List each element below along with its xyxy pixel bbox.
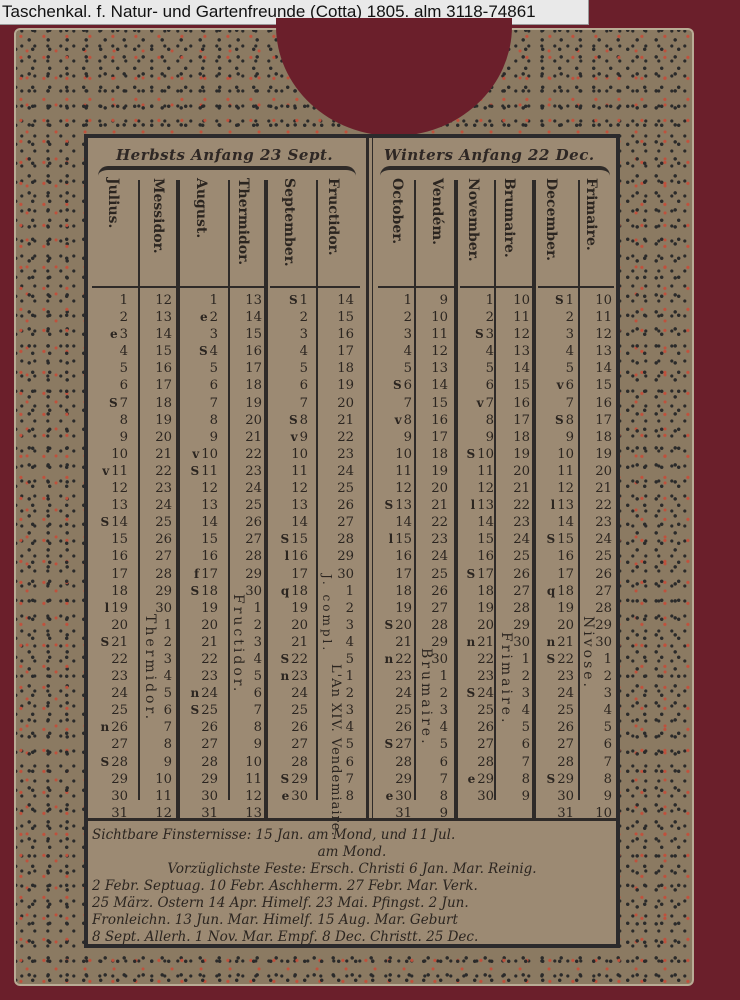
brace-winter — [380, 166, 610, 178]
day-cell: S21 — [94, 634, 128, 651]
day-mark: S — [281, 532, 290, 546]
day-cell: 14 — [184, 514, 218, 531]
half-divider — [366, 138, 369, 818]
brace-autumn — [98, 166, 356, 178]
day-cell: 8 — [94, 412, 128, 429]
day-cell: 12 — [228, 788, 262, 805]
day-cell: e2 — [184, 309, 218, 326]
day-cell: 15 — [228, 326, 262, 343]
label-thermidor: Thermidor. — [142, 614, 158, 722]
day-mark: S — [101, 635, 110, 649]
day-cell: 27 — [540, 736, 574, 753]
day-mark: q — [281, 584, 289, 598]
day-mark: e — [200, 310, 208, 324]
day-mark: n — [384, 652, 393, 666]
day-cell: 23 — [94, 668, 128, 685]
day-cell: 15 — [320, 309, 354, 326]
day-cell: 7 — [496, 754, 530, 771]
day-cell: 27 — [184, 736, 218, 753]
day-cell: 24 — [414, 548, 448, 565]
day-cell: 9 — [540, 429, 574, 446]
day-cell: 27 — [94, 736, 128, 753]
day-cell: l13 — [460, 497, 494, 514]
day-cell: S6 — [378, 377, 412, 394]
day-cell: 28 — [138, 566, 172, 583]
day-cell: 27 — [578, 583, 612, 600]
day-cell: 22 — [184, 651, 218, 668]
day-cell: v10 — [184, 446, 218, 463]
label-an-xiv-vendemiaire: L'An XIV. Vendemiaire. — [328, 664, 343, 837]
day-cell: v11 — [94, 463, 128, 480]
day-cell: 17 — [414, 429, 448, 446]
day-cell: S13 — [378, 497, 412, 514]
day-cell: l16 — [274, 548, 308, 565]
day-cell: 15 — [94, 531, 128, 548]
day-cell: 4 — [540, 343, 574, 360]
day-mark: e — [386, 789, 394, 803]
day-cell: 23 — [320, 446, 354, 463]
column-rule — [264, 180, 268, 820]
day-cell: 22 — [460, 651, 494, 668]
day-cell: 19 — [414, 463, 448, 480]
day-cell: 8 — [184, 412, 218, 429]
label-brumaire: Brumaire. — [418, 648, 434, 747]
column-rule — [316, 180, 318, 800]
day-cell: 11 — [414, 326, 448, 343]
label-nivose: Nivose. — [580, 616, 596, 690]
day-cell: S18 — [184, 583, 218, 600]
day-cell: 13 — [578, 343, 612, 360]
day-cell: 21 — [414, 497, 448, 514]
day-cell: 18 — [228, 377, 262, 394]
day-cell: l15 — [378, 531, 412, 548]
column-rule — [532, 180, 536, 820]
day-cell: 11 — [578, 309, 612, 326]
day-cell: 15 — [578, 377, 612, 394]
day-cell: 24 — [94, 685, 128, 702]
day-cell: 16 — [540, 548, 574, 565]
day-cell: 1 — [184, 292, 218, 309]
day-mark: S — [555, 293, 564, 307]
feasts-line: 8 Sept. Allerh. 1 Nov. Mar. Empf. 8 Dec.… — [92, 929, 612, 946]
day-cell: 22 — [228, 446, 262, 463]
day-cell: 19 — [496, 446, 530, 463]
day-cell: 30 — [94, 788, 128, 805]
day-cell: 24 — [274, 685, 308, 702]
day-cell: 24 — [378, 685, 412, 702]
day-cell: 25 — [228, 497, 262, 514]
day-cell: 14 — [378, 514, 412, 531]
day-mark: S — [385, 618, 394, 632]
day-cell: 12 — [138, 292, 172, 309]
day-cell: 18 — [138, 395, 172, 412]
day-cell: 11 — [138, 788, 172, 805]
day-cell: 3 — [378, 326, 412, 343]
day-cell: S20 — [378, 617, 412, 634]
day-cell: S8 — [274, 412, 308, 429]
day-cell: 20 — [228, 412, 262, 429]
day-mark: S — [289, 413, 298, 427]
day-cell: 2 — [378, 309, 412, 326]
header-october: October. — [382, 178, 412, 283]
day-mark: S — [467, 567, 476, 581]
day-cell: 12 — [378, 480, 412, 497]
day-cell: n26 — [94, 719, 128, 736]
day-cell: 30 — [460, 788, 494, 805]
day-cell: 4 — [378, 343, 412, 360]
day-mark: v — [102, 464, 109, 478]
day-cell: 19 — [460, 600, 494, 617]
day-cell: 24 — [540, 685, 574, 702]
day-cell: 12 — [94, 480, 128, 497]
day-cell: 14 — [138, 326, 172, 343]
day-mark: n — [280, 669, 289, 683]
day-cell: 10 — [138, 771, 172, 788]
day-cell: 26 — [320, 497, 354, 514]
day-cell: 16 — [138, 360, 172, 377]
day-mark: S — [191, 584, 200, 598]
day-cell: 7 — [228, 702, 262, 719]
day-cell: 21 — [274, 634, 308, 651]
day-cell: 7 — [414, 771, 448, 788]
day-mark: e — [468, 772, 476, 786]
day-cell: 22 — [94, 651, 128, 668]
day-cell: 5 — [94, 360, 128, 377]
day-cell: 28 — [228, 548, 262, 565]
september-days: S1234567S8v91011121314S15l1617q18192021S… — [274, 292, 308, 805]
day-cell: 19 — [184, 600, 218, 617]
day-cell: 25 — [414, 566, 448, 583]
day-cell: 25 — [94, 702, 128, 719]
day-cell: 22 — [414, 514, 448, 531]
feasts-heading: Vorzüglichste Feste: Ersch. Christi 6 Ja… — [92, 861, 612, 878]
day-cell: 7 — [378, 395, 412, 412]
day-mark: S — [191, 464, 200, 478]
day-cell: 15 — [138, 343, 172, 360]
day-cell: e29 — [460, 771, 494, 788]
day-cell: 14 — [496, 360, 530, 377]
header-december: December. — [536, 178, 566, 283]
header-rule — [180, 286, 264, 288]
day-cell: S25 — [184, 702, 218, 719]
day-mark: S — [547, 532, 556, 546]
day-mark: e — [282, 789, 290, 803]
day-cell: 20 — [94, 617, 128, 634]
day-cell: 16 — [378, 548, 412, 565]
header-rule — [270, 286, 360, 288]
day-cell: 18 — [578, 429, 612, 446]
day-cell: 13 — [184, 497, 218, 514]
day-cell: 6 — [414, 754, 448, 771]
day-mark: l — [471, 498, 476, 512]
day-cell: 12 — [540, 480, 574, 497]
day-cell: 10 — [496, 292, 530, 309]
day-cell: l13 — [540, 497, 574, 514]
day-cell: S11 — [184, 463, 218, 480]
day-cell: S28 — [94, 754, 128, 771]
day-cell: 17 — [496, 412, 530, 429]
day-mark: S — [467, 447, 476, 461]
header-vendemiaire: Vendém. — [422, 178, 452, 283]
day-mark: S — [393, 378, 402, 392]
day-cell: 25 — [496, 548, 530, 565]
day-cell: 2 — [460, 309, 494, 326]
day-cell: 20 — [578, 463, 612, 480]
day-cell: 23 — [460, 668, 494, 685]
day-cell: 25 — [460, 702, 494, 719]
day-cell: 26 — [184, 719, 218, 736]
day-cell: 26 — [138, 531, 172, 548]
day-cell: 12 — [274, 480, 308, 497]
day-cell: 9 — [378, 429, 412, 446]
day-cell: 9 — [228, 736, 262, 753]
day-cell: 19 — [540, 600, 574, 617]
day-cell: 1 — [378, 292, 412, 309]
day-cell: 30 — [184, 788, 218, 805]
day-mark: S — [199, 344, 208, 358]
day-cell: 13 — [274, 497, 308, 514]
header-fructidor: Fructidor. — [318, 178, 348, 283]
day-cell: 13 — [138, 309, 172, 326]
day-cell: 24 — [228, 480, 262, 497]
day-cell: S10 — [460, 446, 494, 463]
day-cell: 6 — [496, 736, 530, 753]
day-cell: 22 — [578, 497, 612, 514]
day-mark: S — [547, 772, 556, 786]
day-cell: 8 — [228, 719, 262, 736]
day-mark: l — [551, 498, 556, 512]
day-cell: 2 — [94, 309, 128, 326]
day-cell: 28 — [320, 531, 354, 548]
day-cell: 8 — [496, 771, 530, 788]
day-cell: 24 — [138, 497, 172, 514]
day-cell: 7 — [184, 395, 218, 412]
day-cell: 22 — [496, 497, 530, 514]
day-cell: 29 — [138, 583, 172, 600]
day-cell: 23 — [378, 668, 412, 685]
day-cell: 28 — [378, 754, 412, 771]
eclipses-line: Sichtbare Finsternisse: 15 Jan. am Mond,… — [92, 827, 612, 844]
day-cell: q18 — [540, 583, 574, 600]
day-cell: 17 — [274, 566, 308, 583]
day-cell: v6 — [540, 377, 574, 394]
day-cell: 26 — [496, 566, 530, 583]
eclipses-line-2: am Mond. — [92, 844, 612, 861]
day-mark: S — [281, 652, 290, 666]
day-cell: 9 — [414, 292, 448, 309]
day-cell: 16 — [460, 548, 494, 565]
label-fructidor: Fructidor. — [230, 594, 246, 694]
day-cell: 17 — [228, 360, 262, 377]
day-cell: 11 — [460, 463, 494, 480]
day-cell: 10 — [540, 446, 574, 463]
day-cell: 15 — [496, 377, 530, 394]
day-cell: 28 — [460, 754, 494, 771]
day-cell: 14 — [320, 292, 354, 309]
season-autumn: Herbsts Anfang 23 Sept. — [116, 146, 333, 164]
day-cell: 16 — [320, 326, 354, 343]
day-cell: 27 — [414, 600, 448, 617]
day-mark: n — [100, 720, 109, 734]
day-cell: n21 — [540, 634, 574, 651]
day-mark: S — [467, 686, 476, 700]
day-cell: 21 — [496, 480, 530, 497]
day-cell: S8 — [540, 412, 574, 429]
header-rule — [92, 286, 176, 288]
day-cell: 27 — [460, 736, 494, 753]
day-cell: 10 — [228, 754, 262, 771]
day-mark: S — [385, 498, 394, 512]
august-days: 1e23S456789v10S111213141516f17S181920212… — [184, 292, 218, 822]
day-cell: 3 — [184, 326, 218, 343]
day-cell: 26 — [578, 566, 612, 583]
day-cell: n24 — [184, 685, 218, 702]
day-cell: 23 — [414, 531, 448, 548]
day-cell: 16 — [496, 395, 530, 412]
day-mark: f — [194, 567, 199, 581]
day-cell: 8 — [578, 771, 612, 788]
header-messidor: Messidor. — [143, 178, 173, 283]
day-mark: S — [289, 293, 298, 307]
day-cell: 10 — [94, 446, 128, 463]
day-cell: 29 — [378, 771, 412, 788]
day-cell: 4 — [460, 343, 494, 360]
day-cell: 6 — [460, 377, 494, 394]
day-cell: 24 — [496, 531, 530, 548]
day-cell: 7 — [540, 395, 574, 412]
day-cell: q18 — [274, 583, 308, 600]
day-cell: S14 — [94, 514, 128, 531]
day-cell: n23 — [274, 668, 308, 685]
day-cell: 4 — [274, 343, 308, 360]
header-august: August. — [186, 178, 216, 283]
day-cell: 27 — [138, 548, 172, 565]
day-cell: 25 — [540, 702, 574, 719]
day-cell: S22 — [274, 651, 308, 668]
day-cell: 6 — [578, 736, 612, 753]
feasts-line: 2 Febr. Septuag. 10 Febr. Aschherm. 27 F… — [92, 878, 612, 895]
day-mark: n — [466, 635, 475, 649]
day-cell: 4 — [578, 702, 612, 719]
day-cell: 10 — [414, 309, 448, 326]
day-cell: 1 — [94, 292, 128, 309]
day-cell: 28 — [184, 754, 218, 771]
day-cell: 6 — [94, 377, 128, 394]
header-rule — [538, 286, 614, 288]
day-mark: v — [192, 447, 199, 461]
day-cell: 19 — [378, 600, 412, 617]
day-cell: 23 — [496, 514, 530, 531]
day-mark: S — [101, 755, 110, 769]
day-cell: 16 — [578, 395, 612, 412]
day-cell: 17 — [378, 566, 412, 583]
day-cell: 24 — [320, 463, 354, 480]
day-cell: 14 — [274, 514, 308, 531]
day-mark: n — [190, 686, 199, 700]
day-cell: 17 — [320, 343, 354, 360]
day-cell: 28 — [496, 600, 530, 617]
day-cell: 11 — [496, 309, 530, 326]
day-cell: 21 — [320, 412, 354, 429]
day-cell: 17 — [540, 566, 574, 583]
day-cell: 12 — [460, 480, 494, 497]
day-cell: 13 — [496, 343, 530, 360]
day-cell: 25 — [578, 548, 612, 565]
day-cell: S29 — [274, 771, 308, 788]
day-cell: S17 — [460, 566, 494, 583]
day-cell: 18 — [496, 429, 530, 446]
day-cell: 14 — [228, 309, 262, 326]
day-cell: 11 — [540, 463, 574, 480]
day-cell: 6 — [274, 377, 308, 394]
day-cell: 18 — [460, 583, 494, 600]
day-cell: 20 — [138, 429, 172, 446]
day-mark: S — [475, 327, 484, 341]
day-mark: e — [110, 327, 118, 341]
day-cell: 3 — [274, 326, 308, 343]
day-cell: 9 — [496, 788, 530, 805]
day-cell: 5 — [578, 719, 612, 736]
day-cell: 21 — [578, 480, 612, 497]
day-cell: 7 — [274, 395, 308, 412]
day-cell: 20 — [460, 617, 494, 634]
day-cell: 5 — [460, 360, 494, 377]
day-cell: 20 — [540, 617, 574, 634]
day-cell: 12 — [414, 343, 448, 360]
day-cell: 20 — [414, 480, 448, 497]
day-cell: v9 — [274, 429, 308, 446]
day-cell: 5 — [274, 360, 308, 377]
day-cell: 26 — [540, 719, 574, 736]
day-cell: 12 — [578, 326, 612, 343]
day-cell: 20 — [496, 463, 530, 480]
day-cell: 9 — [578, 788, 612, 805]
day-cell: 12 — [496, 326, 530, 343]
day-cell: S22 — [540, 651, 574, 668]
day-mark: S — [547, 652, 556, 666]
day-cell: 25 — [378, 702, 412, 719]
day-cell: 23 — [228, 463, 262, 480]
day-cell: S4 — [184, 343, 218, 360]
frimaire-days: 1011121314151617181920212223242526272829… — [578, 292, 612, 822]
day-mark: S — [555, 413, 564, 427]
day-mark: q — [547, 584, 555, 598]
day-cell: 23 — [184, 668, 218, 685]
day-cell: 9 — [94, 429, 128, 446]
header-julius: Julius. — [98, 178, 128, 283]
day-cell: 26 — [228, 514, 262, 531]
feasts-line: 25 März. Ostern 14 Apr. Himelf. 23 Mai. … — [92, 895, 612, 912]
day-mark: l — [105, 601, 110, 615]
day-cell: 8 — [414, 788, 448, 805]
day-cell: 1 — [460, 292, 494, 309]
day-cell: 28 — [578, 600, 612, 617]
header-brumaire: Brumaire. — [494, 178, 524, 283]
day-cell: 9 — [460, 429, 494, 446]
header-frimaire: Frimaire. — [576, 178, 606, 283]
season-winter: Winters Anfang 22 Dec. — [384, 146, 595, 164]
day-cell: 11 — [378, 463, 412, 480]
day-cell: 10 — [578, 292, 612, 309]
header-rule — [460, 286, 534, 288]
day-cell: 17 — [94, 566, 128, 583]
day-cell: 23 — [138, 480, 172, 497]
day-mark: S — [101, 515, 110, 529]
day-cell: S7 — [94, 395, 128, 412]
day-cell: 17 — [138, 377, 172, 394]
footer-notes: Sichtbare Finsternisse: 15 Jan. am Mond,… — [88, 818, 616, 944]
day-cell: e3 — [94, 326, 128, 343]
